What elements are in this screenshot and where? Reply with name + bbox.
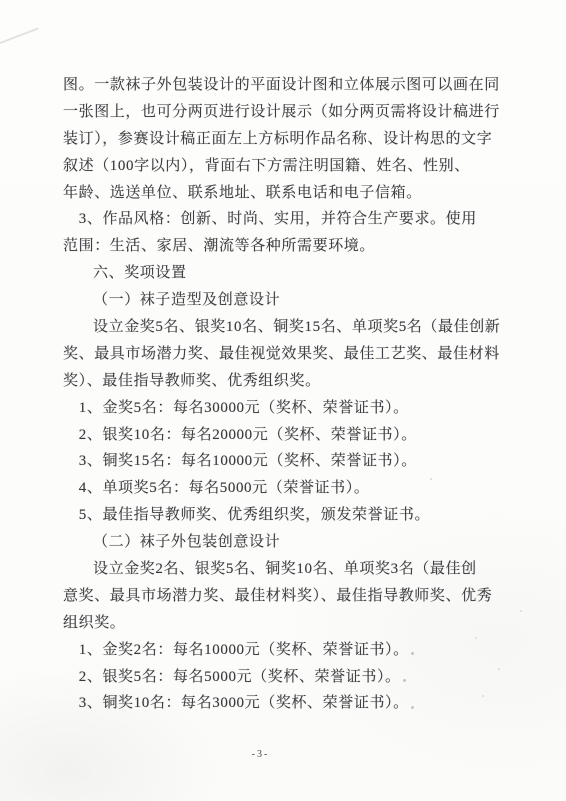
scanned-page: 图。一款袜子外包装设计的平面设计图和立体展示图可以画在同 一张图上，也可分两页进… [0,0,566,801]
document-body: 图。一款袜子外包装设计的平面设计图和立体展示图可以画在同 一张图上，也可分两页进… [63,72,507,717]
award-item: 5、最佳指导教师奖、优秀组织奖，颁发荣誉证书。 [63,502,507,529]
scan-artifact-dot [411,652,414,655]
document-line: 组织奖。 [63,610,507,637]
award-item: 2、银奖10名：每名20000元（奖杯、荣誉证书）。 [63,422,507,449]
section-heading: 六、奖项设置 [63,260,507,287]
document-line: 叙述（100字以内），背面右下方需注明国籍、姓名、性别、 [63,153,507,180]
scan-artifact-speck [520,610,522,612]
award-item: 3、铜奖10名：每名3000元（奖杯、荣誉证书）。 [63,690,507,717]
award-item: 3、铜奖15名：每名10000元（奖杯、荣誉证书）。 [63,448,507,475]
subsection-heading: （二）袜子外包装创意设计 [63,529,507,556]
document-line: 一张图上，也可分两页进行设计展示（如分两页需将设计稿进行 [63,99,507,126]
document-line: 意奖、最具市场潜力奖、最佳材料奖）、最佳指导教师奖、优秀 [63,583,507,610]
scan-artifact-line [0,27,39,43]
award-item: 4、单项奖5名：每名5000元（荣誉证书）。 [63,475,507,502]
document-line: 范围：生活、家居、潮流等各种所需要环境。 [63,233,507,260]
document-line: 设立金奖5名、银奖10名、铜奖15名、单项奖5名（最佳创新 [63,314,507,341]
scan-artifact-speck [475,637,477,639]
scan-artifact-dot [411,706,414,709]
scan-artifact-speck [498,668,500,670]
document-line: 奖、最具市场潜力奖、最佳视觉效果奖、最佳工艺奖、最佳材料 [63,341,507,368]
award-item: 1、金奖5名：每名30000元（奖杯、荣誉证书）。 [63,395,507,422]
award-item: 1、金奖2名：每名10000元（奖杯、荣誉证书）。 [63,637,507,664]
page-number: -3- [238,748,283,762]
document-line: 年龄、选送单位、联系地址、联系电话和电子信箱。 [63,180,507,207]
subsection-heading: （一）袜子造型及创意设计 [63,287,507,314]
scan-artifact-speck [482,695,484,697]
document-line: 图。一款袜子外包装设计的平面设计图和立体展示图可以画在同 [63,72,507,99]
scan-artifact-dot [403,679,406,682]
document-line: 奖）、最佳指导教师奖、优秀组织奖。 [63,368,507,395]
award-item: 2、银奖5名：每名5000元（奖杯、荣誉证书）。 [63,664,507,691]
document-line: 装订），参赛设计稿正面左上方标明作品名称、设计构思的文字 [63,126,507,153]
document-line: 设立金奖2名、银奖5名、铜奖10名、单项奖3名（最佳创 [63,556,507,583]
document-line: 3、作品风格：创新、时尚、实用，并符合生产要求。使用 [63,206,507,233]
scan-artifact-speck [430,478,432,480]
